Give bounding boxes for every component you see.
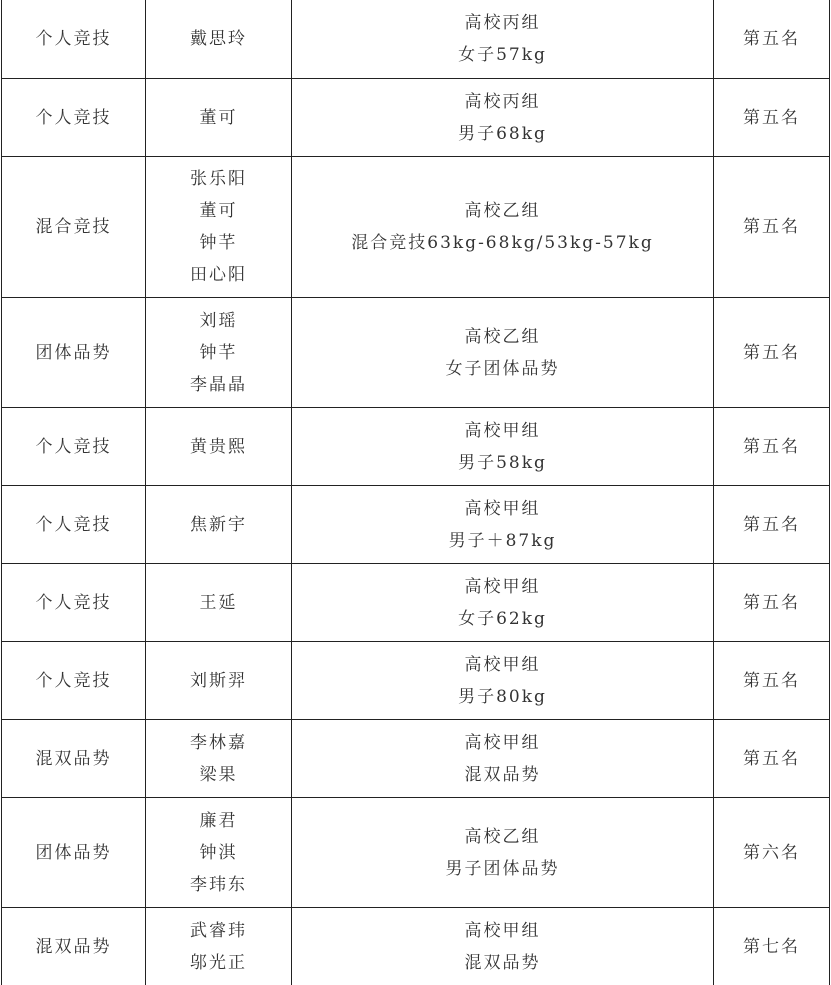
table-row: 个人竞技黄贵熙高校甲组男子58kg第五名 — [2, 408, 830, 486]
table-row: 混合竞技张乐阳董可钟芊田心阳高校乙组混合竞技63kg-68kg/53kg-57k… — [2, 157, 830, 298]
division-label: 高校甲组 — [292, 493, 713, 525]
event-label: 混合竞技63kg-68kg/53kg-57kg — [292, 227, 713, 259]
event-label: 女子62kg — [292, 603, 713, 635]
competition-type-cell: 个人竞技 — [2, 564, 146, 642]
athletes-cell: 黄贵熙 — [146, 408, 292, 486]
division-label: 高校乙组 — [292, 821, 713, 853]
competition-type-cell: 团体品势 — [2, 798, 146, 908]
athlete-name: 武睿玮 — [146, 915, 291, 947]
competition-type-cell: 混双品势 — [2, 908, 146, 985]
event-label: 男子团体品势 — [292, 853, 713, 885]
competition-type-cell: 个人竞技 — [2, 642, 146, 720]
athlete-name: 刘斯羿 — [146, 665, 291, 697]
athletes-cell: 焦新宇 — [146, 486, 292, 564]
competition-type-cell: 个人竞技 — [2, 486, 146, 564]
table-row: 个人竞技王延高校甲组女子62kg第五名 — [2, 564, 830, 642]
athlete-name: 梁果 — [146, 759, 291, 791]
athlete-name: 廉君 — [146, 805, 291, 837]
athletes-cell: 张乐阳董可钟芊田心阳 — [146, 157, 292, 298]
athlete-name: 邬光正 — [146, 947, 291, 979]
athlete-name: 田心阳 — [146, 259, 291, 291]
athletes-cell: 董可 — [146, 79, 292, 157]
event-label: 男子68kg — [292, 118, 713, 150]
rank-cell: 第五名 — [714, 0, 830, 79]
athlete-name: 李林嘉 — [146, 727, 291, 759]
table-row: 团体品势廉君钟淇李玮东高校乙组男子团体品势第六名 — [2, 798, 830, 908]
table-row: 混双品势武睿玮邬光正高校甲组混双品势第七名 — [2, 908, 830, 985]
event-cell: 高校甲组女子62kg — [292, 564, 714, 642]
table-row: 个人竞技刘斯羿高校甲组男子80kg第五名 — [2, 642, 830, 720]
athlete-name: 刘瑶 — [146, 305, 291, 337]
event-cell: 高校甲组混双品势 — [292, 908, 714, 985]
athletes-cell: 戴思玲 — [146, 0, 292, 79]
competition-type-cell: 混合竞技 — [2, 157, 146, 298]
rank-cell: 第五名 — [714, 408, 830, 486]
rank-cell: 第五名 — [714, 642, 830, 720]
competition-type-cell: 个人竞技 — [2, 408, 146, 486]
awards-table-body: 个人竞技戴思玲高校丙组女子57kg第五名个人竞技董可高校丙组男子68kg第五名混… — [2, 0, 830, 985]
rank-cell: 第五名 — [714, 79, 830, 157]
division-label: 高校甲组 — [292, 649, 713, 681]
rank-cell: 第六名 — [714, 798, 830, 908]
division-label: 高校甲组 — [292, 415, 713, 447]
event-cell: 高校甲组男子80kg — [292, 642, 714, 720]
rank-cell: 第五名 — [714, 298, 830, 408]
event-cell: 高校丙组男子68kg — [292, 79, 714, 157]
athlete-name: 钟淇 — [146, 837, 291, 869]
rank-cell: 第五名 — [714, 486, 830, 564]
division-label: 高校甲组 — [292, 915, 713, 947]
table-row: 个人竞技董可高校丙组男子68kg第五名 — [2, 79, 830, 157]
athlete-name: 钟芊 — [146, 227, 291, 259]
division-label: 高校丙组 — [292, 7, 713, 39]
division-label: 高校乙组 — [292, 321, 713, 353]
athletes-cell: 刘瑶钟芊李晶晶 — [146, 298, 292, 408]
competition-type-cell: 个人竞技 — [2, 0, 146, 79]
athlete-name: 钟芊 — [146, 337, 291, 369]
athlete-name: 董可 — [146, 195, 291, 227]
event-label: 男子＋87kg — [292, 525, 713, 557]
athlete-name: 张乐阳 — [146, 163, 291, 195]
event-cell: 高校甲组男子58kg — [292, 408, 714, 486]
rank-cell: 第五名 — [714, 157, 830, 298]
rank-cell: 第七名 — [714, 908, 830, 985]
division-label: 高校甲组 — [292, 727, 713, 759]
event-label: 混双品势 — [292, 759, 713, 791]
athletes-cell: 王延 — [146, 564, 292, 642]
athletes-cell: 李林嘉梁果 — [146, 720, 292, 798]
division-label: 高校丙组 — [292, 86, 713, 118]
event-label: 女子57kg — [292, 39, 713, 71]
division-label: 高校乙组 — [292, 195, 713, 227]
athletes-cell: 刘斯羿 — [146, 642, 292, 720]
event-label: 混双品势 — [292, 947, 713, 979]
rank-cell: 第五名 — [714, 720, 830, 798]
table-row: 个人竞技焦新宇高校甲组男子＋87kg第五名 — [2, 486, 830, 564]
event-cell: 高校乙组女子团体品势 — [292, 298, 714, 408]
athlete-name: 黄贵熙 — [146, 431, 291, 463]
table-row: 个人竞技戴思玲高校丙组女子57kg第五名 — [2, 0, 830, 79]
event-cell: 高校丙组女子57kg — [292, 0, 714, 79]
athlete-name: 李玮东 — [146, 869, 291, 901]
awards-table: 个人竞技戴思玲高校丙组女子57kg第五名个人竞技董可高校丙组男子68kg第五名混… — [1, 0, 830, 985]
competition-type-cell: 团体品势 — [2, 298, 146, 408]
athlete-name: 王延 — [146, 587, 291, 619]
competition-type-cell: 混双品势 — [2, 720, 146, 798]
event-cell: 高校乙组男子团体品势 — [292, 798, 714, 908]
event-label: 男子58kg — [292, 447, 713, 479]
athlete-name: 焦新宇 — [146, 509, 291, 541]
division-label: 高校甲组 — [292, 571, 713, 603]
event-cell: 高校甲组男子＋87kg — [292, 486, 714, 564]
table-row: 混双品势李林嘉梁果高校甲组混双品势第五名 — [2, 720, 830, 798]
rank-cell: 第五名 — [714, 564, 830, 642]
event-cell: 高校甲组混双品势 — [292, 720, 714, 798]
table-row: 团体品势刘瑶钟芊李晶晶高校乙组女子团体品势第五名 — [2, 298, 830, 408]
athlete-name: 李晶晶 — [146, 369, 291, 401]
athletes-cell: 廉君钟淇李玮东 — [146, 798, 292, 908]
athletes-cell: 武睿玮邬光正 — [146, 908, 292, 985]
athlete-name: 董可 — [146, 102, 291, 134]
event-label: 女子团体品势 — [292, 353, 713, 385]
event-label: 男子80kg — [292, 681, 713, 713]
competition-type-cell: 个人竞技 — [2, 79, 146, 157]
athlete-name: 戴思玲 — [146, 23, 291, 55]
event-cell: 高校乙组混合竞技63kg-68kg/53kg-57kg — [292, 157, 714, 298]
